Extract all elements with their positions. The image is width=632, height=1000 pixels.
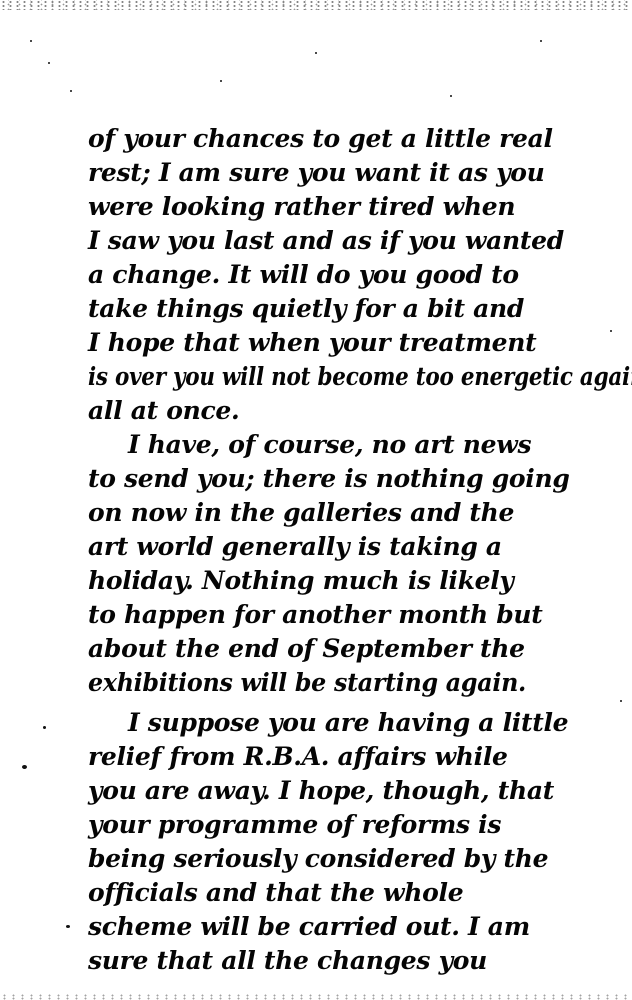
letter-line: to happen for another month but: [88, 600, 543, 629]
letter-line: I hope that when your treatment: [88, 328, 536, 357]
scan-speck: [610, 330, 612, 332]
letter-line: a change. It will do you good to: [88, 260, 519, 289]
letter-line: scheme will be carried out. I am: [88, 912, 530, 941]
scan-speck: [66, 925, 70, 928]
letter-line: officials and that the whole: [88, 878, 463, 907]
letter-line: you are away. I hope, though, that: [88, 776, 554, 805]
letter-line: take things quietly for a bit and: [88, 294, 524, 323]
letter-line: I have, of course, no art news: [88, 430, 531, 459]
scan-speck: [30, 40, 32, 42]
letter-line: being seriously considered by the: [88, 844, 548, 873]
letter-line: is over you will not become too energeti…: [88, 362, 632, 391]
scan-speck: [22, 765, 27, 769]
letter-line: exhibitions will be starting again.: [88, 668, 526, 697]
scan-speck: [70, 90, 72, 92]
scan-speck: [315, 52, 317, 54]
letter-line: about the end of September the: [88, 634, 525, 663]
letter-line: holiday. Nothing much is likely: [88, 566, 514, 595]
letter-line: relief from R.B.A. affairs while: [88, 742, 508, 771]
letter-line: I suppose you are having a little: [88, 708, 568, 737]
scan-speck: [620, 700, 622, 702]
letter-line: all at once.: [88, 396, 239, 425]
letter-page: of your chances to get a little real res…: [0, 0, 632, 1000]
scan-speck: [43, 726, 46, 729]
scan-speck: [48, 62, 50, 64]
letter-line: of your chances to get a little real: [88, 124, 553, 153]
letter-line: rest; I am sure you want it as you: [88, 158, 545, 187]
scan-speck: [450, 95, 452, 97]
letter-line: sure that all the changes you: [88, 946, 487, 975]
letter-line: were looking rather tired when: [88, 192, 515, 221]
letter-line: I saw you last and as if you wanted: [88, 226, 564, 255]
letter-line: on now in the galleries and the: [88, 498, 514, 527]
scan-noise-bottom: [0, 994, 632, 1000]
letter-line: to send you; there is nothing going: [88, 464, 570, 493]
scan-speck: [220, 80, 222, 82]
letter-line: your programme of reforms is: [88, 810, 501, 839]
scan-speck: [540, 40, 542, 42]
scan-noise-top: [0, 0, 632, 10]
letter-line: art world generally is taking a: [88, 532, 502, 561]
